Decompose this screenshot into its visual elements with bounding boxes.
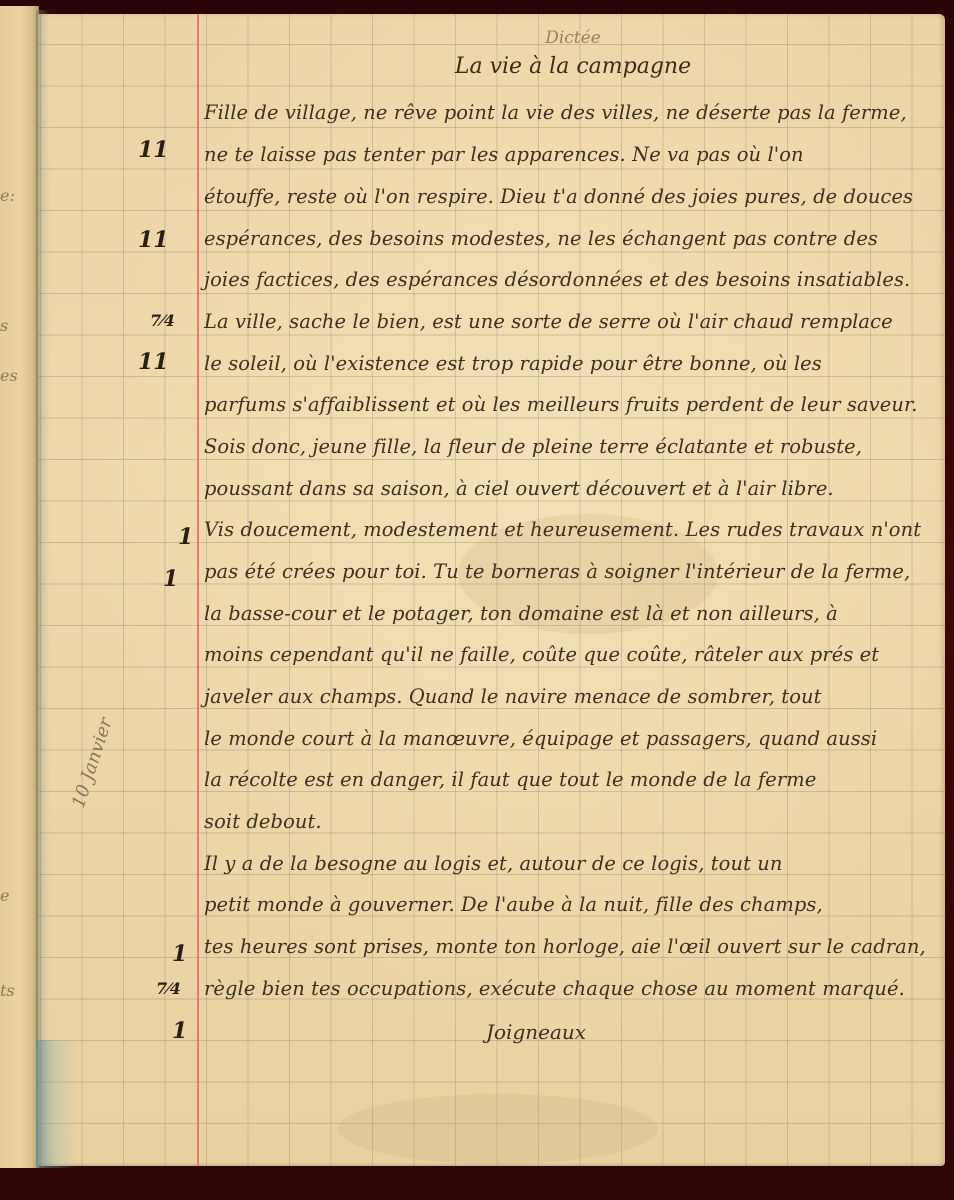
- margin-mark: 11: [138, 137, 169, 163]
- text-line: le monde court à la manœuvre, équipage e…: [204, 726, 942, 752]
- text-line: tes heures sont prises, monte ton horlog…: [204, 934, 942, 960]
- margin-mark: 1: [172, 941, 187, 967]
- text-line: Il y a de la besogne au logis et, autour…: [204, 851, 942, 877]
- text-line: espérances, des besoins modestes, ne les…: [204, 226, 942, 252]
- prev-page-fragment: e: [0, 886, 9, 905]
- text-line: poussant dans sa saison, à ciel ouvert d…: [204, 476, 942, 502]
- notebook-page: 11 11 7⁄4 11 1 1 1 7⁄4 1 10 Janvier Dict…: [38, 14, 945, 1166]
- binding-stain: [36, 1040, 76, 1168]
- dictation-title: La vie à la campagne: [202, 54, 944, 79]
- text-line: Fille de village, ne rêve point la vie d…: [204, 100, 942, 126]
- text-line: La ville, sache le bien, est une sorte d…: [204, 309, 942, 335]
- prev-page-fragment: es: [0, 366, 18, 385]
- date-note: 10 Janvier: [68, 715, 117, 810]
- text-line: étouffe, reste où l'on respire. Dieu t'a…: [204, 184, 942, 210]
- margin-mark: 7⁄4: [150, 314, 175, 328]
- binding-shadow: [36, 10, 50, 1168]
- text-line: Vis doucement, modestement et heureuseme…: [204, 517, 942, 543]
- dictation-text: Dictée La vie à la campagne Fille de vil…: [202, 14, 944, 1166]
- text-line: ne te laisse pas tenter par les apparenc…: [204, 142, 942, 168]
- prev-page-fragment: s: [0, 316, 8, 335]
- author-signature: Joigneaux: [486, 1020, 586, 1044]
- teacher-margin-marks: 11 11 7⁄4 11 1 1 1 7⁄4 1 10 Janvier: [38, 14, 196, 1166]
- prev-page-fragment: ts: [0, 981, 15, 1000]
- margin-mark: 1: [172, 1018, 187, 1044]
- text-line: joies factices, des espérances désordonn…: [204, 267, 942, 293]
- text-line: Sois donc, jeune fille, la fleur de plei…: [204, 434, 942, 460]
- text-line: javeler aux champs. Quand le navire mena…: [204, 684, 942, 710]
- text-line: moins cependant qu'il ne faille, coûte q…: [204, 642, 942, 668]
- red-margin-line: [197, 14, 199, 1166]
- prev-page-fragment: e:: [0, 186, 15, 205]
- text-line: la basse-cour et le potager, ton domaine…: [204, 601, 942, 627]
- text-line: le soleil, où l'existence est trop rapid…: [204, 351, 942, 377]
- margin-mark: 11: [138, 349, 169, 375]
- margin-mark: 1: [163, 566, 178, 592]
- text-line: petit monde à gouverner. De l'aube à la …: [204, 892, 942, 918]
- margin-mark: 11: [138, 227, 169, 253]
- text-line: pas été crées pour toi. Tu te borneras à…: [204, 559, 942, 585]
- dictation-label: Dictée: [202, 28, 944, 48]
- text-line: soit debout.: [204, 809, 942, 835]
- previous-page-edge: e: s es e ts: [0, 6, 39, 1168]
- margin-mark: 1: [178, 524, 193, 550]
- text-line: parfums s'affaiblissent et où les meille…: [204, 392, 942, 418]
- margin-mark: 7⁄4: [156, 982, 181, 996]
- text-line: règle bien tes occupations, exécute chaq…: [204, 976, 942, 1002]
- text-line: la récolte est en danger, il faut que to…: [204, 767, 942, 793]
